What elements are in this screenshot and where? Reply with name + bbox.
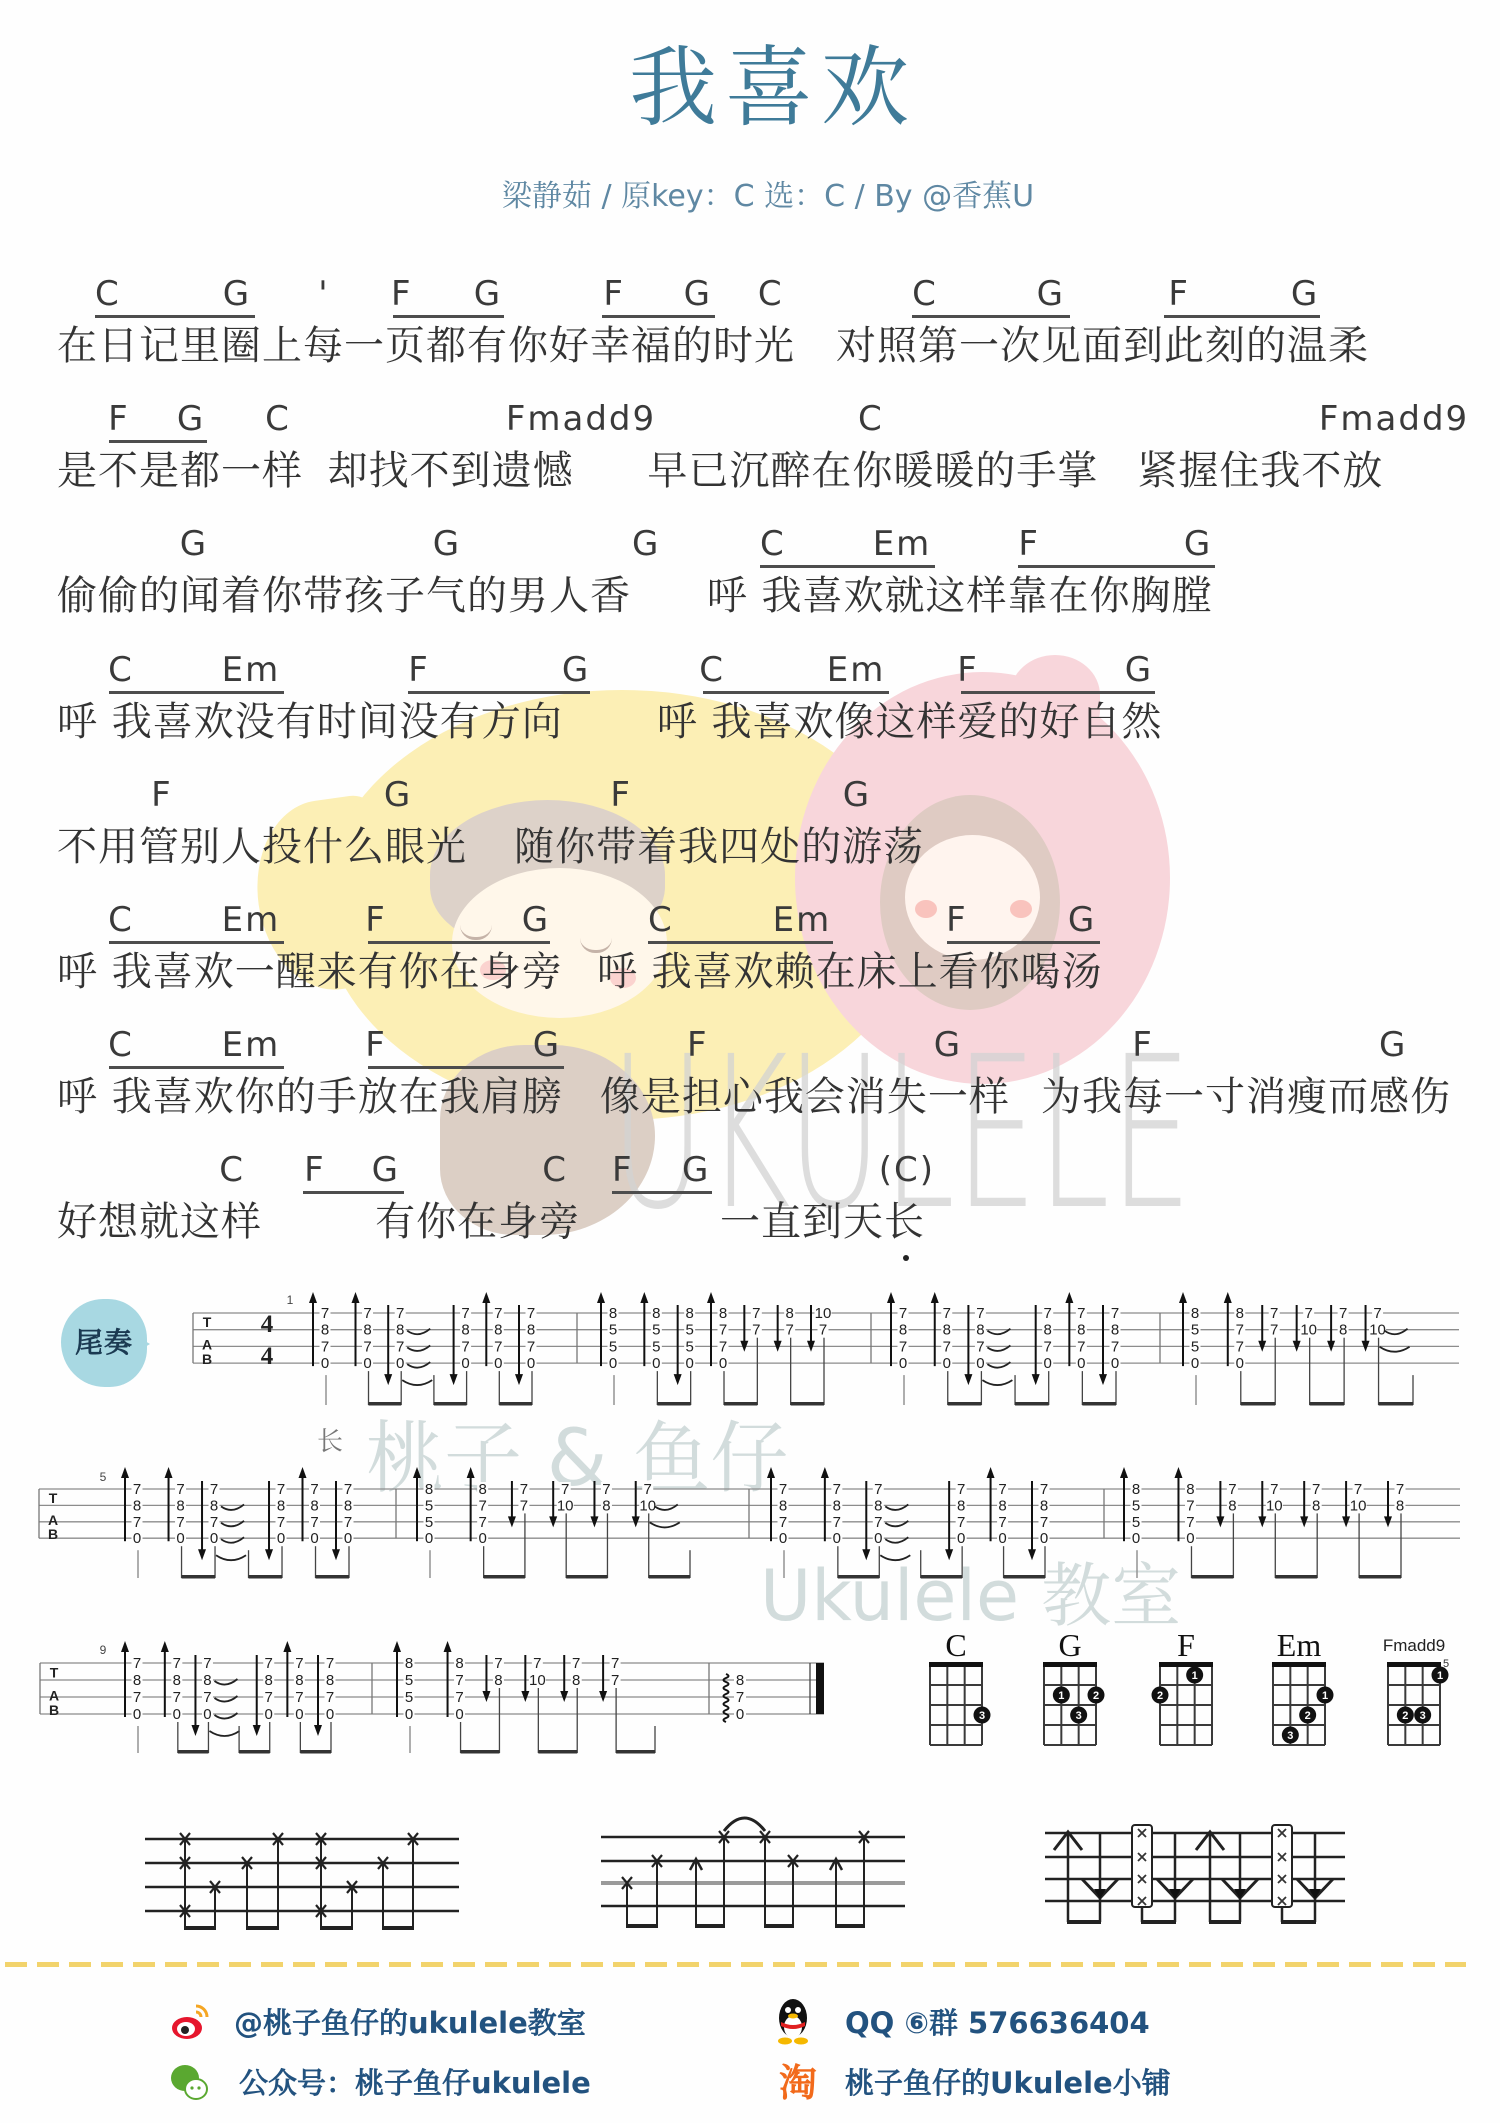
tab-clef-letter: B — [48, 1526, 58, 1542]
arrow-head-up-icon — [165, 1467, 173, 1478]
fret-number: 5 — [609, 1338, 617, 1355]
song-sheet: UKULELE 桃子 & 鱼仔 Ukulele 教室 长 我喜欢 梁静茹 / 原… — [0, 0, 1500, 2123]
fret-number: 0 — [425, 1530, 433, 1547]
fret-number: 8 — [455, 1655, 463, 1672]
arrow-head-down-icon — [314, 1725, 322, 1736]
dashed-divider — [5, 1962, 1466, 1967]
fret-number: 8 — [396, 1322, 404, 1339]
arrow-head-down-icon — [515, 1374, 523, 1385]
fret-number: 0 — [176, 1530, 184, 1547]
fret-number: 8 — [685, 1305, 693, 1322]
fret-number: 8 — [785, 1305, 793, 1322]
fret-number: 5 — [1132, 1497, 1140, 1514]
chop-box-icon — [1132, 1825, 1152, 1907]
fret-number: 0 — [363, 1355, 371, 1372]
rhythm-pattern — [145, 1833, 459, 1930]
fret-number: 8 — [1186, 1481, 1194, 1498]
fret-number: 0 — [652, 1355, 660, 1372]
fret-number: 8 — [1396, 1497, 1404, 1514]
fret-number: 0 — [295, 1706, 303, 1723]
fret-number: 7 — [1270, 1305, 1278, 1322]
fret-number: 7 — [133, 1514, 141, 1531]
note-beam — [369, 1402, 402, 1406]
tab-clef-letter: T — [49, 1490, 58, 1506]
fret-number: 7 — [326, 1655, 334, 1672]
fret-number: 7 — [833, 1481, 841, 1498]
fret-number: 7 — [833, 1514, 841, 1531]
fret-number: 7 — [899, 1338, 907, 1355]
arrow-head-up-icon — [821, 1467, 829, 1478]
tab-measure: 787078707870787078707870 — [309, 1292, 537, 1406]
note-beam — [649, 1575, 690, 1579]
fret-number: 7 — [203, 1689, 211, 1706]
note-beam — [566, 1575, 607, 1579]
fret-number: 7 — [1228, 1481, 1236, 1498]
note-beam — [838, 1575, 879, 1579]
pattern-beam — [626, 1924, 658, 1928]
fret-number: 7 — [752, 1322, 760, 1339]
pattern-beam — [184, 1926, 216, 1930]
note-beam — [249, 1575, 282, 1579]
note-beam — [657, 1402, 690, 1406]
fret-number: 0 — [1132, 1530, 1140, 1547]
pattern-beam — [1209, 1920, 1241, 1924]
note-beam — [1015, 1402, 1049, 1406]
fret-number: 0 — [277, 1530, 285, 1547]
fret-number: 7 — [478, 1497, 486, 1514]
fret-number: 7 — [203, 1655, 211, 1672]
fret-number: 5 — [1191, 1338, 1199, 1355]
fret-number: 8 — [133, 1497, 141, 1514]
fret-number: 8 — [1132, 1481, 1140, 1498]
fret-number: 5 — [1191, 1322, 1199, 1339]
fret-number: 7 — [478, 1514, 486, 1531]
arrow-head-down-icon — [198, 1549, 206, 1560]
chord-diagram-name: Em — [1277, 1627, 1322, 1663]
fret-number: 7 — [819, 1322, 827, 1339]
fret-number: 8 — [461, 1322, 469, 1339]
fret-number: 7 — [133, 1655, 141, 1672]
fret-number: 10 — [529, 1672, 546, 1689]
rhythm-pattern — [601, 1818, 905, 1928]
taobao-icon: 淘 — [779, 2061, 817, 2105]
fret-number: 7 — [176, 1481, 184, 1498]
note-beam — [1275, 1575, 1317, 1579]
fret-number: 7 — [133, 1689, 141, 1706]
arpeggio-icon — [724, 1674, 729, 1722]
fret-number: 7 — [277, 1514, 285, 1531]
fret-number: 8 — [779, 1497, 787, 1514]
fret-number: 0 — [1191, 1355, 1199, 1372]
fret-number: 0 — [1111, 1355, 1119, 1372]
fret-number: 8 — [277, 1497, 285, 1514]
fret-number: 8 — [173, 1672, 181, 1689]
finger-number: 2 — [1402, 1710, 1408, 1722]
fret-number: 7 — [644, 1481, 652, 1498]
fret-number: 7 — [277, 1481, 285, 1498]
chord-diagram-name: G — [1058, 1627, 1081, 1663]
fret-number: 7 — [602, 1481, 610, 1498]
fret-number: 7 — [455, 1689, 463, 1706]
fret-number: 8 — [478, 1481, 486, 1498]
fret-number: 7 — [396, 1338, 404, 1355]
fret-number: 7 — [1044, 1305, 1052, 1322]
fret-number: 7 — [561, 1481, 569, 1498]
arrow-head-up-icon — [299, 1467, 307, 1478]
pattern-beam — [764, 1924, 794, 1928]
note-beam — [1241, 1402, 1275, 1406]
fret-number: 0 — [998, 1530, 1006, 1547]
notation-layer: TAB4417870787078707870787078708550855085… — [0, 0, 1500, 2123]
arrow-head-down-icon — [862, 1549, 870, 1560]
arrow-head-up-icon — [161, 1641, 169, 1652]
tab-clef-letter: T — [50, 1664, 59, 1680]
fret-number: 0 — [1040, 1530, 1048, 1547]
fret-number: 0 — [133, 1706, 141, 1723]
fret-number: 7 — [752, 1305, 760, 1322]
fret-number: 7 — [396, 1305, 404, 1322]
chord-diagram-name: C — [945, 1627, 966, 1663]
fret-number: 0 — [779, 1530, 787, 1547]
pattern-beam — [835, 1924, 865, 1928]
time-signature-bottom: 4 — [261, 1343, 274, 1370]
arrow-head-up-icon — [887, 1292, 895, 1303]
fret-number: 7 — [1111, 1338, 1119, 1355]
arrow-head-up-icon — [767, 1467, 775, 1478]
arrow-head-up-icon — [352, 1292, 360, 1303]
fret-number: 5 — [609, 1322, 617, 1339]
fret-number: 10 — [1266, 1497, 1283, 1514]
tab-measure: 85508770787107871078 — [1120, 1467, 1406, 1579]
fret-number: 0 — [344, 1530, 352, 1547]
fret-number: 0 — [265, 1706, 273, 1723]
tie-arc — [982, 1380, 1012, 1385]
arrow-head-up-icon — [1174, 1467, 1182, 1478]
fret-number: 5 — [425, 1497, 433, 1514]
note-beam — [300, 1750, 331, 1754]
note-beam — [538, 1750, 577, 1754]
fret-number: 7 — [1044, 1338, 1052, 1355]
fret-number: 10 — [557, 1497, 574, 1514]
fret-number: 8 — [1191, 1305, 1199, 1322]
arrow-head-down-icon — [964, 1374, 972, 1385]
note-beam — [178, 1750, 209, 1754]
fret-number: 8 — [265, 1672, 273, 1689]
fret-number: 8 — [874, 1497, 882, 1514]
chord-diagram-name: F — [1177, 1627, 1195, 1663]
note-beam — [239, 1750, 270, 1754]
arrow-head-down-icon — [450, 1374, 458, 1385]
fret-number: 8 — [719, 1305, 727, 1322]
arrow-head-up-icon — [283, 1641, 291, 1652]
fret-number: 7 — [611, 1672, 619, 1689]
fret-number: 0 — [494, 1355, 502, 1372]
fret-number: 8 — [998, 1497, 1006, 1514]
fret-number: 0 — [203, 1706, 211, 1723]
time-signature-top: 4 — [261, 1311, 274, 1338]
fret-number: 7 — [295, 1655, 303, 1672]
fret-number: 8 — [602, 1497, 610, 1514]
arrow-head-up-icon — [1224, 1292, 1232, 1303]
fret-number: 7 — [173, 1689, 181, 1706]
fret-number: 8 — [1040, 1497, 1048, 1514]
pattern-beam — [1141, 1920, 1176, 1924]
arrow-head-up-icon — [987, 1467, 995, 1478]
fret-number: 8 — [1077, 1322, 1085, 1339]
fret-number: 0 — [310, 1530, 318, 1547]
fret-number: 8 — [203, 1672, 211, 1689]
finger-number: 3 — [979, 1710, 985, 1722]
arrow-head-up-icon — [444, 1641, 452, 1652]
fret-number: 7 — [210, 1514, 218, 1531]
finger-number: 1 — [1058, 1690, 1064, 1702]
fret-number: 0 — [455, 1706, 463, 1723]
note-beam — [182, 1575, 215, 1579]
fret-number: 8 — [326, 1672, 334, 1689]
chord-diagram-fmadd9: Fmadd95123 — [1383, 1636, 1449, 1745]
fret-number: 7 — [1396, 1481, 1404, 1498]
wechat-account: 公众号：桃子鱼仔ukulele — [239, 2063, 591, 2103]
fret-number: 7 — [310, 1514, 318, 1531]
fret-number: 7 — [494, 1338, 502, 1355]
fret-number: 7 — [943, 1305, 951, 1322]
measure-number: 5 — [100, 1470, 107, 1484]
fret-number: 8 — [295, 1672, 303, 1689]
fret-number: 10 — [1300, 1322, 1317, 1339]
fret-number: 7 — [527, 1305, 535, 1322]
fret-number: 7 — [1077, 1305, 1085, 1322]
weibo-icon — [169, 2000, 213, 2044]
finger-number: 1 — [1322, 1690, 1328, 1702]
fret-number: 7 — [344, 1481, 352, 1498]
final-barline-thick — [816, 1663, 824, 1714]
fret-number: 8 — [899, 1322, 907, 1339]
fret-number: 8 — [494, 1672, 502, 1689]
chord-diagram-c: C3 — [929, 1627, 991, 1745]
tab-system: TAB4417870787078707870787078708550855085… — [193, 1292, 1459, 1406]
fret-number: 7 — [520, 1497, 528, 1514]
fret-number: 0 — [833, 1530, 841, 1547]
fret-number: 10 — [639, 1497, 656, 1514]
note-beam — [616, 1750, 655, 1754]
fret-number: 0 — [1236, 1355, 1244, 1372]
note-beam — [724, 1402, 757, 1406]
fret-number: 0 — [461, 1355, 469, 1372]
note-beam — [1379, 1402, 1413, 1406]
arrow-head-up-icon — [707, 1292, 715, 1303]
tab-measure: 855087707771078710 — [1179, 1292, 1413, 1406]
fret-number: 7 — [1186, 1497, 1194, 1514]
arrow-head-up-icon — [931, 1292, 939, 1303]
finger-number: 2 — [1305, 1710, 1311, 1722]
fret-number: 0 — [478, 1530, 486, 1547]
fret-number: 7 — [785, 1322, 793, 1339]
arrow-head-up-icon — [482, 1292, 490, 1303]
tab-measure: 787078707870787078707870 — [121, 1467, 354, 1579]
fret-number: 7 — [899, 1305, 907, 1322]
fret-number: 5 — [652, 1322, 660, 1339]
fret-number: 7 — [779, 1514, 787, 1531]
finger-number: 2 — [1157, 1690, 1163, 1702]
pattern-beam — [246, 1926, 279, 1930]
fret-number: 8 — [133, 1672, 141, 1689]
note-beam — [791, 1402, 824, 1406]
note-beam — [948, 1402, 982, 1406]
diagram-nut — [1272, 1662, 1326, 1667]
measure-number: 9 — [100, 1643, 107, 1657]
arrow-head-down-icon — [332, 1549, 340, 1560]
weibo-handle: @桃子鱼仔的ukulele教室 — [234, 2003, 586, 2043]
fret-number: 8 — [363, 1322, 371, 1339]
finger-number: 3 — [1076, 1710, 1082, 1722]
fret-number: 8 — [943, 1322, 951, 1339]
arrow-head-down-icon — [1099, 1374, 1107, 1385]
arrow-head-up-icon — [393, 1641, 401, 1652]
fret-number: 7 — [461, 1305, 469, 1322]
fret-number: 0 — [957, 1530, 965, 1547]
note-beam — [484, 1575, 525, 1579]
fret-number: 8 — [210, 1497, 218, 1514]
fret-number: 0 — [396, 1355, 404, 1372]
arrow-head-down-icon — [1032, 1374, 1040, 1385]
fret-number: 7 — [1236, 1338, 1244, 1355]
fret-number: 7 — [943, 1338, 951, 1355]
note-beam — [316, 1575, 349, 1579]
fret-number: 0 — [210, 1530, 218, 1547]
fret-number: 0 — [736, 1706, 744, 1723]
fret-number: 8 — [425, 1481, 433, 1498]
fret-number: 8 — [957, 1497, 965, 1514]
fret-number: 8 — [1044, 1322, 1052, 1339]
fret-number: 0 — [1077, 1355, 1085, 1372]
fret-number: 7 — [779, 1481, 787, 1498]
fret-number: 7 — [1077, 1338, 1085, 1355]
fret-number: 8 — [652, 1305, 660, 1322]
fret-number: 0 — [326, 1706, 334, 1723]
tab-measure: 787078707870787078707870 — [767, 1467, 1050, 1579]
wechat-icon — [168, 2060, 212, 2104]
fret-number: 0 — [899, 1355, 907, 1372]
fret-number: 8 — [344, 1497, 352, 1514]
fret-number: 0 — [719, 1355, 727, 1372]
fret-number: 7 — [133, 1481, 141, 1498]
fret-number: 7 — [527, 1338, 535, 1355]
note-beam — [434, 1402, 467, 1406]
fret-number: 8 — [176, 1497, 184, 1514]
fret-number: 0 — [874, 1530, 882, 1547]
diagram-nut — [1159, 1662, 1213, 1667]
arrow-head-up-icon — [597, 1292, 605, 1303]
fret-number: 7 — [363, 1338, 371, 1355]
fret-number: 7 — [310, 1481, 318, 1498]
fret-number: 5 — [652, 1338, 660, 1355]
fret-number: 7 — [210, 1481, 218, 1498]
fret-number: 7 — [998, 1481, 1006, 1498]
fret-number: 8 — [1312, 1497, 1320, 1514]
arrow-head-down-icon — [384, 1374, 392, 1385]
tie-arc — [1380, 1347, 1410, 1352]
fret-number: 0 — [405, 1706, 413, 1723]
fret-number: 7 — [957, 1481, 965, 1498]
fret-number: 0 — [133, 1530, 141, 1547]
fret-number: 8 — [1111, 1322, 1119, 1339]
fret-number: 7 — [1186, 1514, 1194, 1531]
fret-number: 7 — [344, 1514, 352, 1531]
fret-number: 0 — [527, 1355, 535, 1372]
fret-number: 7 — [265, 1655, 273, 1672]
taobao-shop: 桃子鱼仔的Ukulele小铺 — [845, 2063, 1171, 2103]
fret-number: 5 — [425, 1514, 433, 1531]
note-beam — [1082, 1402, 1116, 1406]
rhythm-pattern — [1045, 1825, 1345, 1924]
fret-number: 8 — [310, 1497, 318, 1514]
note-beam — [1004, 1575, 1045, 1579]
fret-number: 7 — [736, 1689, 744, 1706]
fret-number: 7 — [1270, 1481, 1278, 1498]
measure-number: 1 — [287, 1293, 294, 1307]
fret-number: 7 — [1111, 1305, 1119, 1322]
note-beam — [1310, 1402, 1344, 1406]
qq-penguin-icon — [771, 1996, 815, 2048]
arrow-head-down-icon — [945, 1549, 953, 1560]
fret-number: 0 — [976, 1355, 984, 1372]
fret-number: 0 — [173, 1706, 181, 1723]
fret-number: 7 — [494, 1655, 502, 1672]
finger-number: 1 — [1192, 1670, 1198, 1682]
finger-number: 2 — [1093, 1690, 1099, 1702]
fret-number: 5 — [1132, 1514, 1140, 1531]
arrow-head-up-icon — [121, 1467, 129, 1478]
fret-number: 7 — [1270, 1322, 1278, 1339]
fret-number: 8 — [1339, 1322, 1347, 1339]
fret-number: 7 — [572, 1655, 580, 1672]
tab-clef-letter: B — [202, 1351, 212, 1367]
fret-number: 7 — [1304, 1305, 1312, 1322]
fret-number: 7 — [321, 1338, 329, 1355]
fret-number: 7 — [173, 1655, 181, 1672]
fret-number: 7 — [494, 1305, 502, 1322]
fret-number: 7 — [719, 1322, 727, 1339]
pattern-beam — [320, 1926, 353, 1930]
fret-number: 0 — [943, 1355, 951, 1372]
fret-number: 5 — [405, 1689, 413, 1706]
chord-diagram-name: Fmadd9 — [1383, 1636, 1445, 1655]
fret-number: 8 — [405, 1655, 413, 1672]
fret-number: 10 — [1350, 1497, 1367, 1514]
fret-number: 10 — [1369, 1322, 1386, 1339]
arrow-head-down-icon — [265, 1549, 273, 1560]
fret-number: 8 — [1228, 1497, 1236, 1514]
fret-number: 0 — [1186, 1530, 1194, 1547]
fret-number: 0 — [609, 1355, 617, 1372]
fret-number: 8 — [572, 1672, 580, 1689]
finger-number: 3 — [1420, 1710, 1426, 1722]
arrow-head-up-icon — [1179, 1292, 1187, 1303]
fret-number: 7 — [1354, 1481, 1362, 1498]
arrow-head-down-icon — [1028, 1549, 1036, 1560]
arrow-head-up-icon — [640, 1292, 648, 1303]
diagram-nut — [1043, 1662, 1097, 1667]
tab-measure: 85508550855087707787107 — [597, 1292, 832, 1406]
arrow-head-down-icon — [191, 1725, 199, 1736]
fret-number: 7 — [611, 1655, 619, 1672]
qq-group: QQ ⑥群 576636404 — [845, 2003, 1150, 2043]
finger-number: 1 — [1437, 1670, 1443, 1682]
pattern-beam — [382, 1926, 414, 1930]
chop-box-icon — [1272, 1825, 1292, 1907]
fret-number: 8 — [609, 1305, 617, 1322]
note-beam — [1191, 1575, 1233, 1579]
